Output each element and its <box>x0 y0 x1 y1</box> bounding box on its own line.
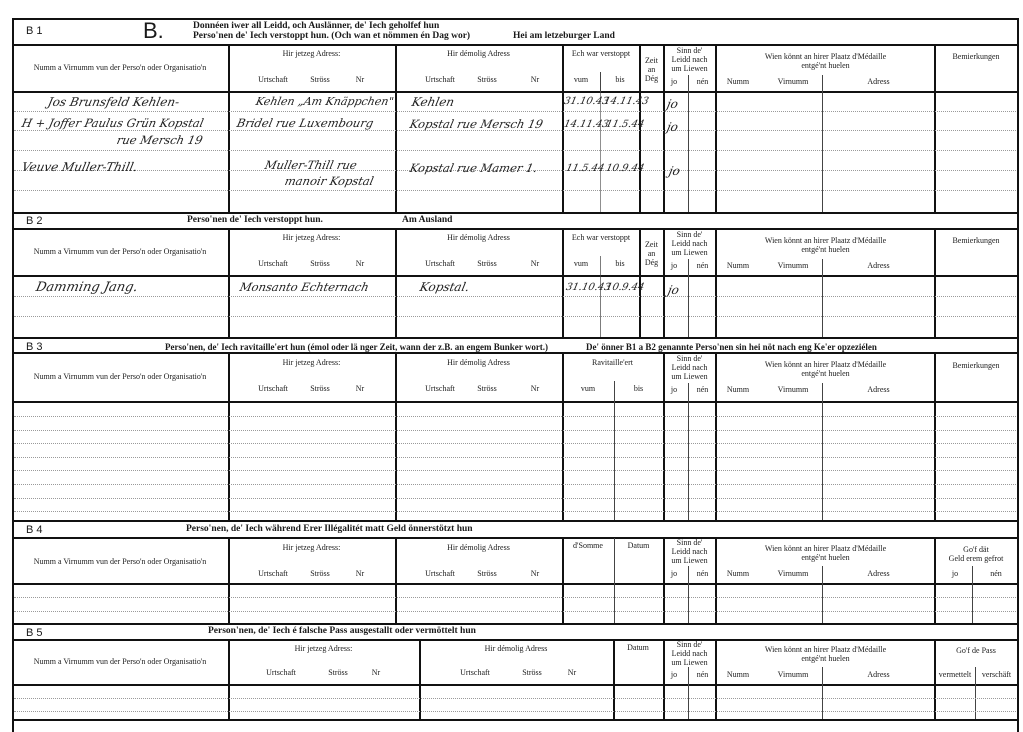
jo-header: jo <box>935 569 975 578</box>
returned-header: Leidd nach <box>663 363 716 372</box>
bis-header: bis <box>614 384 663 393</box>
nr-header: Nr <box>350 75 370 84</box>
virnumm-header: Virnumm <box>768 261 818 270</box>
current-address-header: Hir jetzeg Adress: <box>228 233 395 242</box>
former-address-header: Hir démolig Adress <box>395 543 562 552</box>
stross-header: Ströss <box>300 75 340 84</box>
entry-name-line2: rue Mersch 19 <box>116 133 204 147</box>
urtschaft-header: Urtschaft <box>415 384 465 393</box>
medal-header: entgé'nt huelen <box>716 654 935 663</box>
numm-header: Numm <box>718 77 758 86</box>
returned-header: um Liewen <box>663 556 716 565</box>
vermettelt-header: vermettelt <box>934 670 976 679</box>
section-title-line1: Donnéen iwer all Leidd, och Auslänner, d… <box>193 21 439 31</box>
remarks-header: Bemierkungen <box>935 52 1017 61</box>
medal-header: entgé'nt huelen <box>716 61 935 70</box>
form-page: B 1 B. Donnéen iwer all Leidd, och Auslä… <box>0 0 1023 732</box>
nr-header: Nr <box>525 569 545 578</box>
returned-header: Leidd nach <box>663 649 716 658</box>
urtschaft-header: Urtschaft <box>248 384 298 393</box>
section-title-right: Am Ausland <box>402 215 452 225</box>
entry-name: Veuve Muller-Thill. <box>21 160 139 174</box>
adress-header: Adress <box>822 569 935 578</box>
virnumm-header: Virnumm <box>768 569 818 578</box>
stross-header: Ströss <box>467 259 507 268</box>
medal-header: Wien könnt an hirer Plaatz d'Médaille <box>716 544 935 553</box>
adress-header: Adress <box>822 261 935 270</box>
numm-header: Numm <box>718 385 758 394</box>
section-id: B 5 <box>26 627 43 639</box>
nr-header: Nr <box>562 668 582 677</box>
name-col-header: Numm a Virnumm vun der Perso'n oder Orga… <box>12 247 228 256</box>
zeit-header: Zeit <box>640 240 663 249</box>
section-title-right: De' önner B1 a B2 genannte Perso'nen sin… <box>586 342 877 352</box>
zeit-header: Zeit <box>640 56 663 65</box>
date-header: Ech war verstoppt <box>562 233 640 242</box>
entry-to-date: 11.5.44 <box>605 119 646 130</box>
entry-current-address: Monsanto Echternach <box>239 280 371 294</box>
adress-header: Adress <box>822 385 935 394</box>
stross-header: Ströss <box>300 569 340 578</box>
urtschaft-header: Urtschaft <box>415 259 465 268</box>
entry-returned-yes: jo <box>666 120 680 134</box>
virnumm-header: Virnumm <box>768 385 818 394</box>
nr-header: Nr <box>350 384 370 393</box>
nen-header: nén <box>689 670 716 679</box>
returned-header: Sinn de' <box>663 640 716 649</box>
numm-header: Numm <box>718 569 758 578</box>
former-address-header: Hir démolig Adress <box>395 233 562 242</box>
entry-former-address: Kopstal. <box>419 280 471 294</box>
nr-header: Nr <box>525 384 545 393</box>
former-address-header: Hir démolig Adress <box>395 358 562 367</box>
entry-current-address-line2: manoir Kopstal <box>284 174 376 188</box>
section-title: Perso'nen, de' Iech während Erer Illégal… <box>186 524 473 534</box>
remarks-header: Bemierkungen <box>935 361 1017 370</box>
zeit-header: Dég <box>640 258 663 267</box>
money-returned-header: Geld erem gefrot <box>935 554 1017 563</box>
jo-header: jo <box>663 261 685 270</box>
zeit-header: an <box>640 65 663 74</box>
returned-header: Leidd nach <box>663 239 716 248</box>
entry-name: H + Joffer Paulus Grün Kopstal <box>21 116 206 130</box>
nen-header: nén <box>689 77 716 86</box>
section-id: B 4 <box>26 524 43 536</box>
medal-header: Wien könnt an hirer Plaatz d'Médaille <box>716 645 935 654</box>
medal-header: Wien könnt an hirer Plaatz d'Médaille <box>716 360 935 369</box>
nen-header: nén <box>689 261 716 270</box>
nen-header: nén <box>975 569 1017 578</box>
entry-name: Damming Jang. <box>34 280 139 295</box>
urtschaft-header: Urtschaft <box>450 668 500 677</box>
bis-header: bis <box>600 259 640 268</box>
section-title: Perso'nen de' Iech verstoppt hun. <box>187 215 323 225</box>
vum-header: vum <box>562 384 614 393</box>
nr-header: Nr <box>525 259 545 268</box>
jo-header: jo <box>663 569 685 578</box>
urtschaft-header: Urtschaft <box>248 569 298 578</box>
returned-header: Sinn de' <box>663 538 716 547</box>
current-address-header: Hir jetzeg Adress: <box>228 543 395 552</box>
returned-header: um Liewen <box>663 64 716 73</box>
remarks-header: Bemierkungen <box>935 236 1017 245</box>
money-returned-header: Go'f dät <box>935 545 1017 554</box>
date-header: Ech war verstoppt <box>562 49 640 58</box>
entry-from-date: 14.11.43 <box>563 119 610 130</box>
stross-header: Ströss <box>467 75 507 84</box>
current-address-header: Hir jetzeg Adress: <box>228 49 395 58</box>
jo-header: jo <box>663 77 685 86</box>
adress-header: Adress <box>822 670 935 679</box>
jo-header: jo <box>663 670 685 679</box>
name-col-header: Numm a Virnumm vun der Perso'n oder Orga… <box>12 372 228 381</box>
nr-header: Nr <box>366 668 386 677</box>
returned-header: Leidd nach <box>663 55 716 64</box>
nen-header: nén <box>689 385 716 394</box>
section-title: Person'nen, de' Iech é falsche Pass ausg… <box>208 626 476 636</box>
stross-header: Ströss <box>300 384 340 393</box>
medal-header: Wien könnt an hirer Plaatz d'Médaille <box>716 52 935 61</box>
entry-current-address: Bridel rue Luxembourg <box>236 116 375 130</box>
entry-returned-yes: jo <box>667 283 681 297</box>
stross-header: Ströss <box>467 384 507 393</box>
entry-to-date: 10.9.44 <box>605 282 646 293</box>
current-address-header: Hir jetzeg Adress: <box>228 358 395 367</box>
entry-to-date: 10.9.44 <box>605 163 646 174</box>
entry-former-address: Kopstal rue Mamer 1. <box>409 161 539 175</box>
section-title-line2: Perso'nen de' Iech verstoppt hun. (Och w… <box>193 31 470 41</box>
returned-header: um Liewen <box>663 248 716 257</box>
form-letter: B. <box>143 18 164 44</box>
entry-name: Jos Brunsfeld Kehlen- <box>47 95 181 109</box>
urtschaft-header: Urtschaft <box>415 569 465 578</box>
entry-current-address: Muller-Thill rue <box>264 158 359 172</box>
nr-header: Nr <box>350 569 370 578</box>
stross-header: Ströss <box>318 668 358 677</box>
entry-current-address: Kehlen „Am Knäppchen" <box>255 95 395 108</box>
medal-header: entgé'nt huelen <box>716 553 935 562</box>
medal-header: entgé'nt huelen <box>716 245 935 254</box>
name-col-header: Numm a Virnumm vun der Perso'n oder Orga… <box>12 557 228 566</box>
entry-former-address: Kehlen <box>411 95 456 109</box>
section-id: B 1 <box>26 25 43 37</box>
returned-header: Sinn de' <box>663 46 716 55</box>
date-header: Ravitaille'ert <box>562 358 663 367</box>
former-address-header: Hir démolig Adress <box>419 644 613 653</box>
entry-to-date: 14.11.43 <box>603 96 650 107</box>
jo-header: jo <box>663 385 685 394</box>
zeit-header: an <box>640 249 663 258</box>
current-address-header: Hir jetzeg Adress: <box>228 644 419 653</box>
stross-header: Ströss <box>300 259 340 268</box>
zeit-header: Dég <box>640 74 663 83</box>
entry-from-date: 11.5.44 <box>565 163 606 174</box>
bis-header: bis <box>600 75 640 84</box>
entry-former-address: Kopstal rue Mersch 19 <box>409 117 545 131</box>
entry-returned-yes: jo <box>666 97 680 111</box>
name-col-header: Numm a Virnumm vun der Perso'n oder Orga… <box>12 63 228 72</box>
medal-header: Wien könnt an hirer Plaatz d'Médaille <box>716 236 935 245</box>
returned-header: Sinn de' <box>663 230 716 239</box>
nen-header: nén <box>689 569 716 578</box>
stross-header: Ströss <box>467 569 507 578</box>
name-col-header: Numm a Virnumm vun der Perso'n oder Orga… <box>12 657 228 666</box>
former-address-header: Hir démolig Adress <box>395 49 562 58</box>
numm-header: Numm <box>718 670 758 679</box>
adress-header: Adress <box>822 77 935 86</box>
returned-header: Leidd nach <box>663 547 716 556</box>
urtschaft-header: Urtschaft <box>248 75 298 84</box>
returned-header: um Liewen <box>663 658 716 667</box>
returned-header: Sinn de' <box>663 354 716 363</box>
date-header: Datum <box>613 643 663 652</box>
verschaft-header: verschäft <box>976 670 1017 679</box>
sum-header: d'Somme <box>562 541 614 550</box>
urtschaft-header: Urtschaft <box>415 75 465 84</box>
pass-header: Go'f de Pass <box>935 646 1017 655</box>
date-header: Datum <box>614 541 663 550</box>
section-title: Perso'nen, de' Iech ravitaille'ert hun (… <box>165 342 548 352</box>
nr-header: Nr <box>350 259 370 268</box>
vum-header: vum <box>562 259 600 268</box>
returned-header: um Liewen <box>663 372 716 381</box>
section-title-right: Hei am letzeburger Land <box>513 31 615 41</box>
urtschaft-header: Urtschaft <box>248 259 298 268</box>
section-id: B 2 <box>26 215 43 227</box>
numm-header: Numm <box>718 261 758 270</box>
virnumm-header: Virnumm <box>768 670 818 679</box>
stross-header: Ströss <box>512 668 552 677</box>
medal-header: entgé'nt huelen <box>716 369 935 378</box>
virnumm-header: Virnumm <box>768 77 818 86</box>
entry-returned-yes: jo <box>668 164 682 178</box>
vum-header: vum <box>562 75 600 84</box>
urtschaft-header: Urtschaft <box>256 668 306 677</box>
nr-header: Nr <box>525 75 545 84</box>
